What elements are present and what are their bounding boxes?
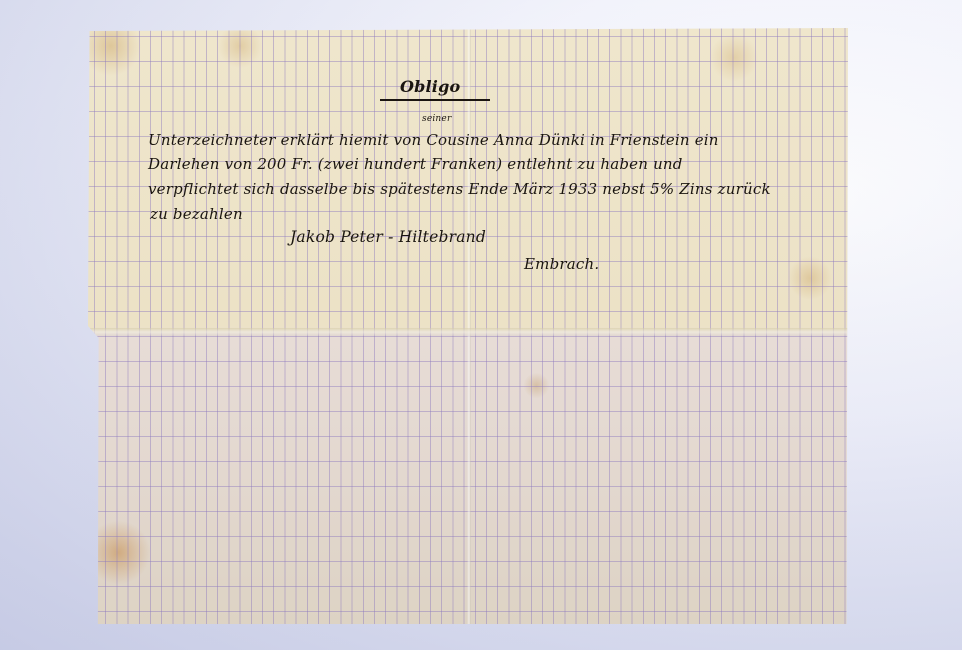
title-underline (380, 99, 490, 101)
place-name: Embrach. (524, 255, 599, 273)
body-line-3: verpflichtet sich dasselbe bis spätesten… (148, 180, 771, 198)
body-line-4: zu bezahlen (150, 205, 243, 223)
signature: Jakob Peter - Hiltebrand (290, 228, 486, 246)
body-line-1: Unterzeichneter erklärt hiemit von Cousi… (148, 131, 719, 149)
document-title: Obligo (400, 77, 460, 96)
inserted-word: seiner (422, 114, 451, 124)
body-line-2: Darlehen von 200 Fr. (zwei hundert Frank… (148, 155, 683, 173)
handwritten-content: Obligo seiner Unterzeichneter erklärt hi… (0, 0, 962, 650)
